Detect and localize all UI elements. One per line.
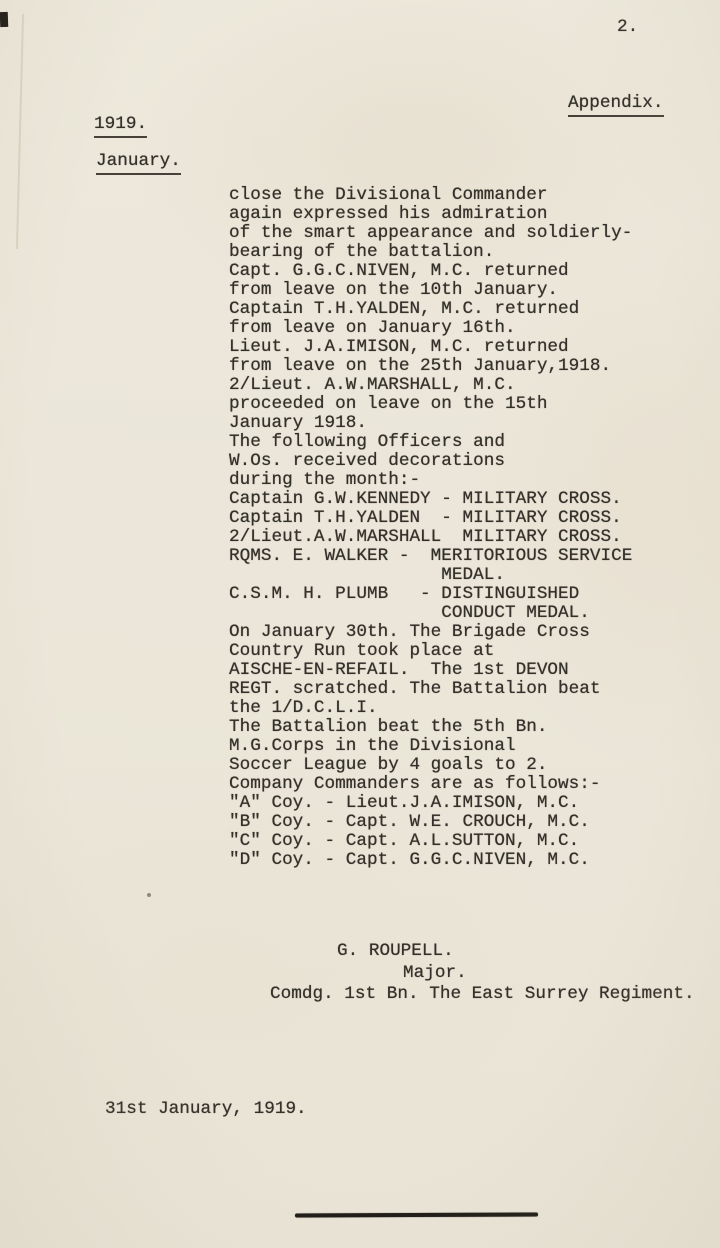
typed-line: the 1/D.C.L.I. (229, 699, 632, 718)
typed-line: during the month:- (229, 471, 632, 490)
typed-line: The following Officers and (229, 433, 632, 452)
typed-line: "C" Coy. - Capt. A.L.SUTTON, M.C. (229, 832, 632, 851)
typed-line: RQMS. E. WALKER - MERITORIOUS SERVICE (229, 547, 632, 566)
typed-line: from leave on the 10th January. (229, 281, 632, 300)
typed-line: again expressed his admiration (229, 205, 632, 224)
scan-corner-artifact (0, 12, 8, 27)
diary-entry-body: close the Divisional Commander again exp… (229, 186, 632, 870)
typed-line: close the Divisional Commander (229, 186, 632, 205)
typed-line: "A" Coy. - Lieut.J.A.IMISON, M.C. (229, 794, 632, 813)
typed-line: "D" Coy. - Capt. G.G.C.NIVEN, M.C. (229, 851, 632, 870)
bottom-rule (295, 1212, 538, 1217)
page-number: 2. (617, 17, 638, 37)
typed-line: Captain T.H.YALDEN - MILITARY CROSS. (229, 509, 632, 528)
appendix-heading: Appendix. (568, 93, 664, 117)
typed-line: from leave on January 16th. (229, 319, 632, 338)
typed-line: Soccer League by 4 goals to 2. (229, 756, 632, 775)
typed-line: W.Os. received decorations (229, 452, 632, 471)
margin-year-label: 1919. (94, 114, 147, 138)
margin-month-label: January. (96, 151, 181, 175)
typed-line: 2/Lieut. A.W.MARSHALL, M.C. (229, 376, 632, 395)
scanned-document-page: 2. Appendix. 1919. January. close the Di… (0, 0, 720, 1248)
typed-line: Country Run took place at (229, 642, 632, 661)
typed-line: CONDUCT MEDAL. (229, 604, 632, 623)
signature-name: G. ROUPELL. (337, 941, 454, 961)
typed-line: M.G.Corps in the Divisional (229, 737, 632, 756)
ink-speck (147, 893, 151, 897)
typed-line: bearing of the battalion. (229, 243, 632, 262)
typed-line: January 1918. (229, 414, 632, 433)
typed-line: 2/Lieut.A.W.MARSHALL MILITARY CROSS. (229, 528, 632, 547)
paper-crease (16, 14, 24, 249)
typed-line: proceeded on leave on the 15th (229, 395, 632, 414)
typed-line: The Battalion beat the 5th Bn. (229, 718, 632, 737)
typed-line: Captain T.H.YALDEN, M.C. returned (229, 300, 632, 319)
typed-line: MEDAL. (229, 566, 632, 585)
typed-line: Company Commanders are as follows:- (229, 775, 632, 794)
typed-line: Lieut. J.A.IMISON, M.C. returned (229, 338, 632, 357)
typed-line: REGT. scratched. The Battalion beat (229, 680, 632, 699)
footer-date: 31st January, 1919. (105, 1099, 307, 1119)
typed-line: Captain G.W.KENNEDY - MILITARY CROSS. (229, 490, 632, 509)
signature-rank: Major. (403, 963, 467, 983)
typed-line: AISCHE-EN-REFAIL. The 1st DEVON (229, 661, 632, 680)
typed-line: from leave on the 25th January,1918. (229, 357, 632, 376)
typed-line: On January 30th. The Brigade Cross (229, 623, 632, 642)
typed-line: of the smart appearance and soldierly- (229, 224, 632, 243)
signature-unit: Comdg. 1st Bn. The East Surrey Regiment. (270, 984, 695, 1004)
typed-line: C.S.M. H. PLUMB - DISTINGUISHED (229, 585, 632, 604)
typed-line: "B" Coy. - Capt. W.E. CROUCH, M.C. (229, 813, 632, 832)
typed-line: Capt. G.G.C.NIVEN, M.C. returned (229, 262, 632, 281)
